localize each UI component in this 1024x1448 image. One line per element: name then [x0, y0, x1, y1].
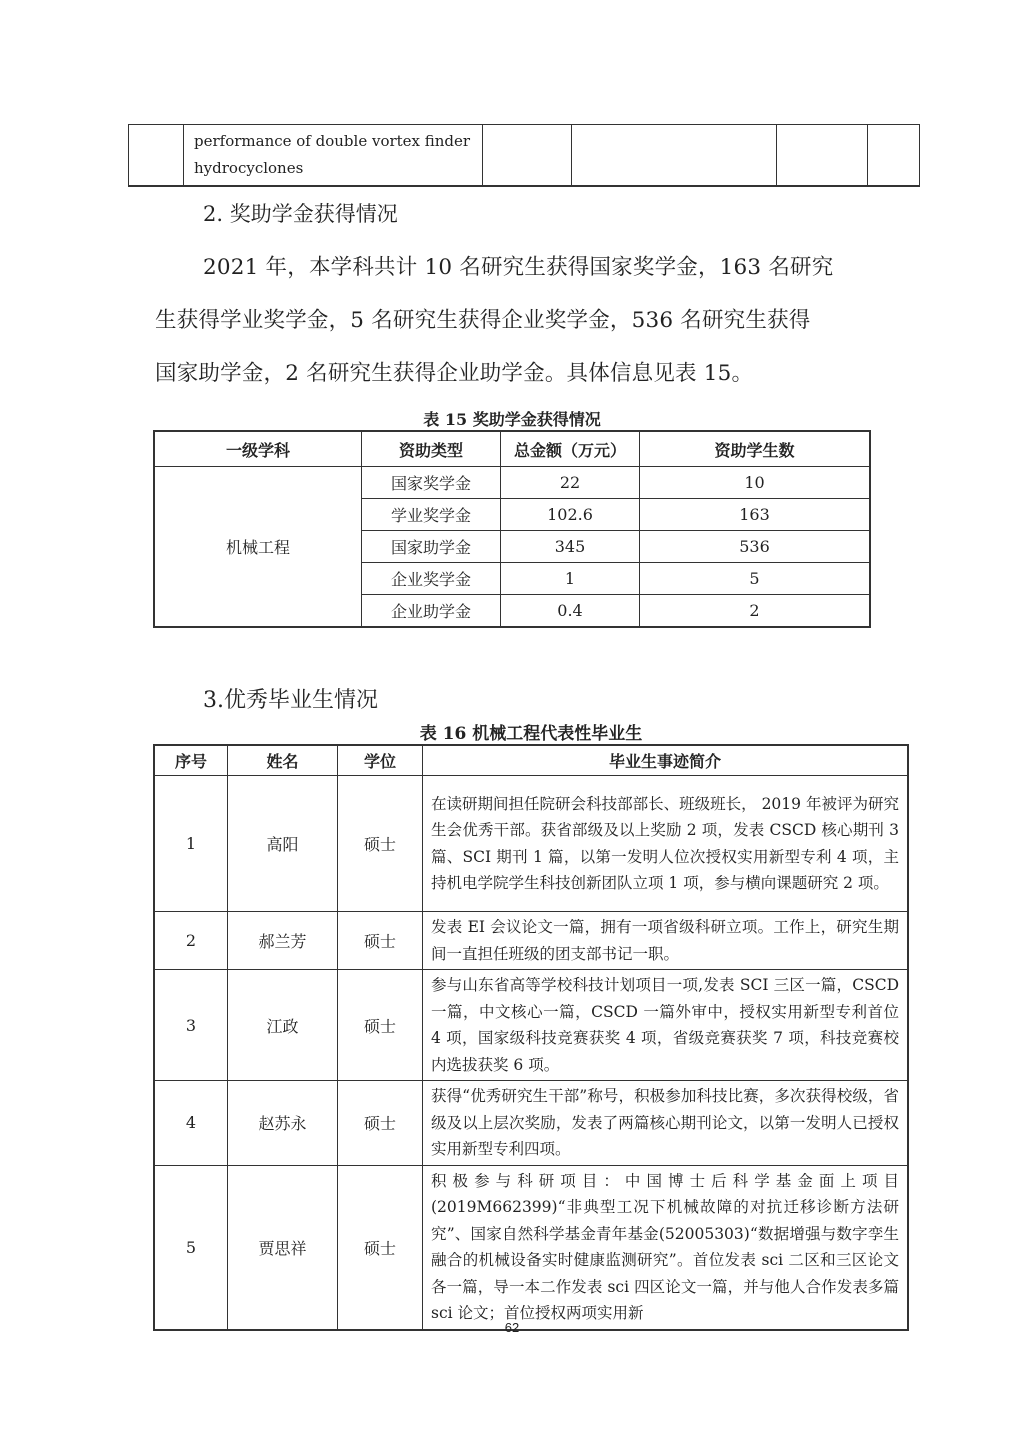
count-cell: 5 [640, 563, 871, 595]
table-row: 2 郝兰芳 硕士 发表 EI 会议论文一篇，拥有一项省级科研立项。工作上，研究生… [154, 912, 908, 970]
name-cell: 贾思祥 [228, 1165, 338, 1330]
count-cell: 2 [640, 595, 871, 628]
table-cell [868, 125, 920, 187]
description-cell: 参与山东省高等学校科技计划项目一项,发表 SCI 三区一篇，CSCD 一篇，中文… [423, 970, 909, 1081]
paragraph-line: 生获得学业奖学金，5 名研究生获得企业奖学金，536 名研究生获得 [155, 294, 875, 347]
description-cell: 获得“优秀研究生干部”称号，积极参加科技比赛，多次获得校级，省级及以上层次奖励，… [423, 1081, 909, 1166]
header-description: 毕业生事迹简介 [423, 745, 909, 776]
header-type: 资助类型 [362, 431, 501, 467]
header-discipline: 一级学科 [154, 431, 362, 467]
name-cell: 赵苏永 [228, 1081, 338, 1166]
header-no: 序号 [154, 745, 228, 776]
table-row: 机械工程 国家奖学金 22 10 [154, 467, 870, 499]
amount-cell: 1 [501, 563, 640, 595]
degree-cell: 硕士 [338, 970, 423, 1081]
name-cell: 江政 [228, 970, 338, 1081]
count-cell: 10 [640, 467, 871, 499]
section-2-heading: 2. 奖助学金获得情况 [203, 198, 398, 228]
table-header-row: 序号 姓名 学位 毕业生事迹简介 [154, 745, 908, 776]
amount-cell: 22 [501, 467, 640, 499]
paragraph-line: 国家助学金，2 名研究生获得企业助学金。具体信息见表 15。 [155, 347, 875, 400]
no-cell: 4 [154, 1081, 228, 1166]
no-cell: 1 [154, 776, 228, 912]
discipline-cell: 机械工程 [154, 467, 362, 628]
no-cell: 5 [154, 1165, 228, 1330]
section-2-paragraph: 2021 年，本学科共计 10 名研究生获得国家奖学金，163 名研究 生获得学… [155, 241, 875, 400]
degree-cell: 硕士 [338, 1165, 423, 1330]
table-cell [129, 125, 184, 187]
description-cell: 发表 EI 会议论文一篇，拥有一项省级科研立项。工作上，研究生期间一直担任班级的… [423, 912, 909, 970]
section-3-heading: 3.优秀毕业生情况 [203, 683, 378, 714]
type-cell: 国家奖学金 [362, 467, 501, 499]
table-cell-title: performance of double vortex finder hydr… [184, 125, 483, 187]
previous-table-fragment: performance of double vortex finder hydr… [128, 124, 920, 187]
degree-cell: 硕士 [338, 912, 423, 970]
table-cell [777, 125, 868, 187]
table-row: 3 江政 硕士 参与山东省高等学校科技计划项目一项,发表 SCI 三区一篇，CS… [154, 970, 908, 1081]
name-cell: 高阳 [228, 776, 338, 912]
table-cell [572, 125, 777, 187]
count-cell: 536 [640, 531, 871, 563]
no-cell: 2 [154, 912, 228, 970]
table-cell [483, 125, 572, 187]
table-row: 1 高阳 硕士 在读研期间担任院研会科技部部长、班级班长， 2019 年被评为研… [154, 776, 908, 912]
description-cell: 在读研期间担任院研会科技部部长、班级班长， 2019 年被评为研究生会优秀干部。… [423, 776, 909, 912]
degree-cell: 硕士 [338, 1081, 423, 1166]
type-cell: 企业奖学金 [362, 563, 501, 595]
table-15-scholarships: 一级学科 资助类型 总金额（万元） 资助学生数 机械工程 国家奖学金 22 10… [153, 430, 871, 628]
count-cell: 163 [640, 499, 871, 531]
table-row: 4 赵苏永 硕士 获得“优秀研究生干部”称号，积极参加科技比赛，多次获得校级，省… [154, 1081, 908, 1166]
header-name: 姓名 [228, 745, 338, 776]
header-amount: 总金额（万元） [501, 431, 640, 467]
header-degree: 学位 [338, 745, 423, 776]
degree-cell: 硕士 [338, 776, 423, 912]
page-number: 62 [0, 1320, 1024, 1335]
table-16-graduates: 序号 姓名 学位 毕业生事迹简介 1 高阳 硕士 在读研期间担任院研会科技部部长… [153, 744, 909, 1331]
no-cell: 3 [154, 970, 228, 1081]
description-cell: 积极参与科研项目：中国博士后科学基金面上项目(2019M662399)“非典型工… [423, 1165, 909, 1330]
amount-cell: 345 [501, 531, 640, 563]
table-header-row: 一级学科 资助类型 总金额（万元） 资助学生数 [154, 431, 870, 467]
type-cell: 学业奖学金 [362, 499, 501, 531]
type-cell: 国家助学金 [362, 531, 501, 563]
amount-cell: 0.4 [501, 595, 640, 628]
type-cell: 企业助学金 [362, 595, 501, 628]
name-cell: 郝兰芳 [228, 912, 338, 970]
table-15-caption: 表 15 奖助学金获得情况 [153, 407, 871, 430]
table-16-caption: 表 16 机械工程代表性毕业生 [153, 719, 909, 744]
paragraph-line: 2021 年，本学科共计 10 名研究生获得国家奖学金，163 名研究 [155, 241, 875, 294]
header-count: 资助学生数 [640, 431, 871, 467]
amount-cell: 102.6 [501, 499, 640, 531]
table-row: 5 贾思祥 硕士 积极参与科研项目：中国博士后科学基金面上项目(2019M662… [154, 1165, 908, 1330]
